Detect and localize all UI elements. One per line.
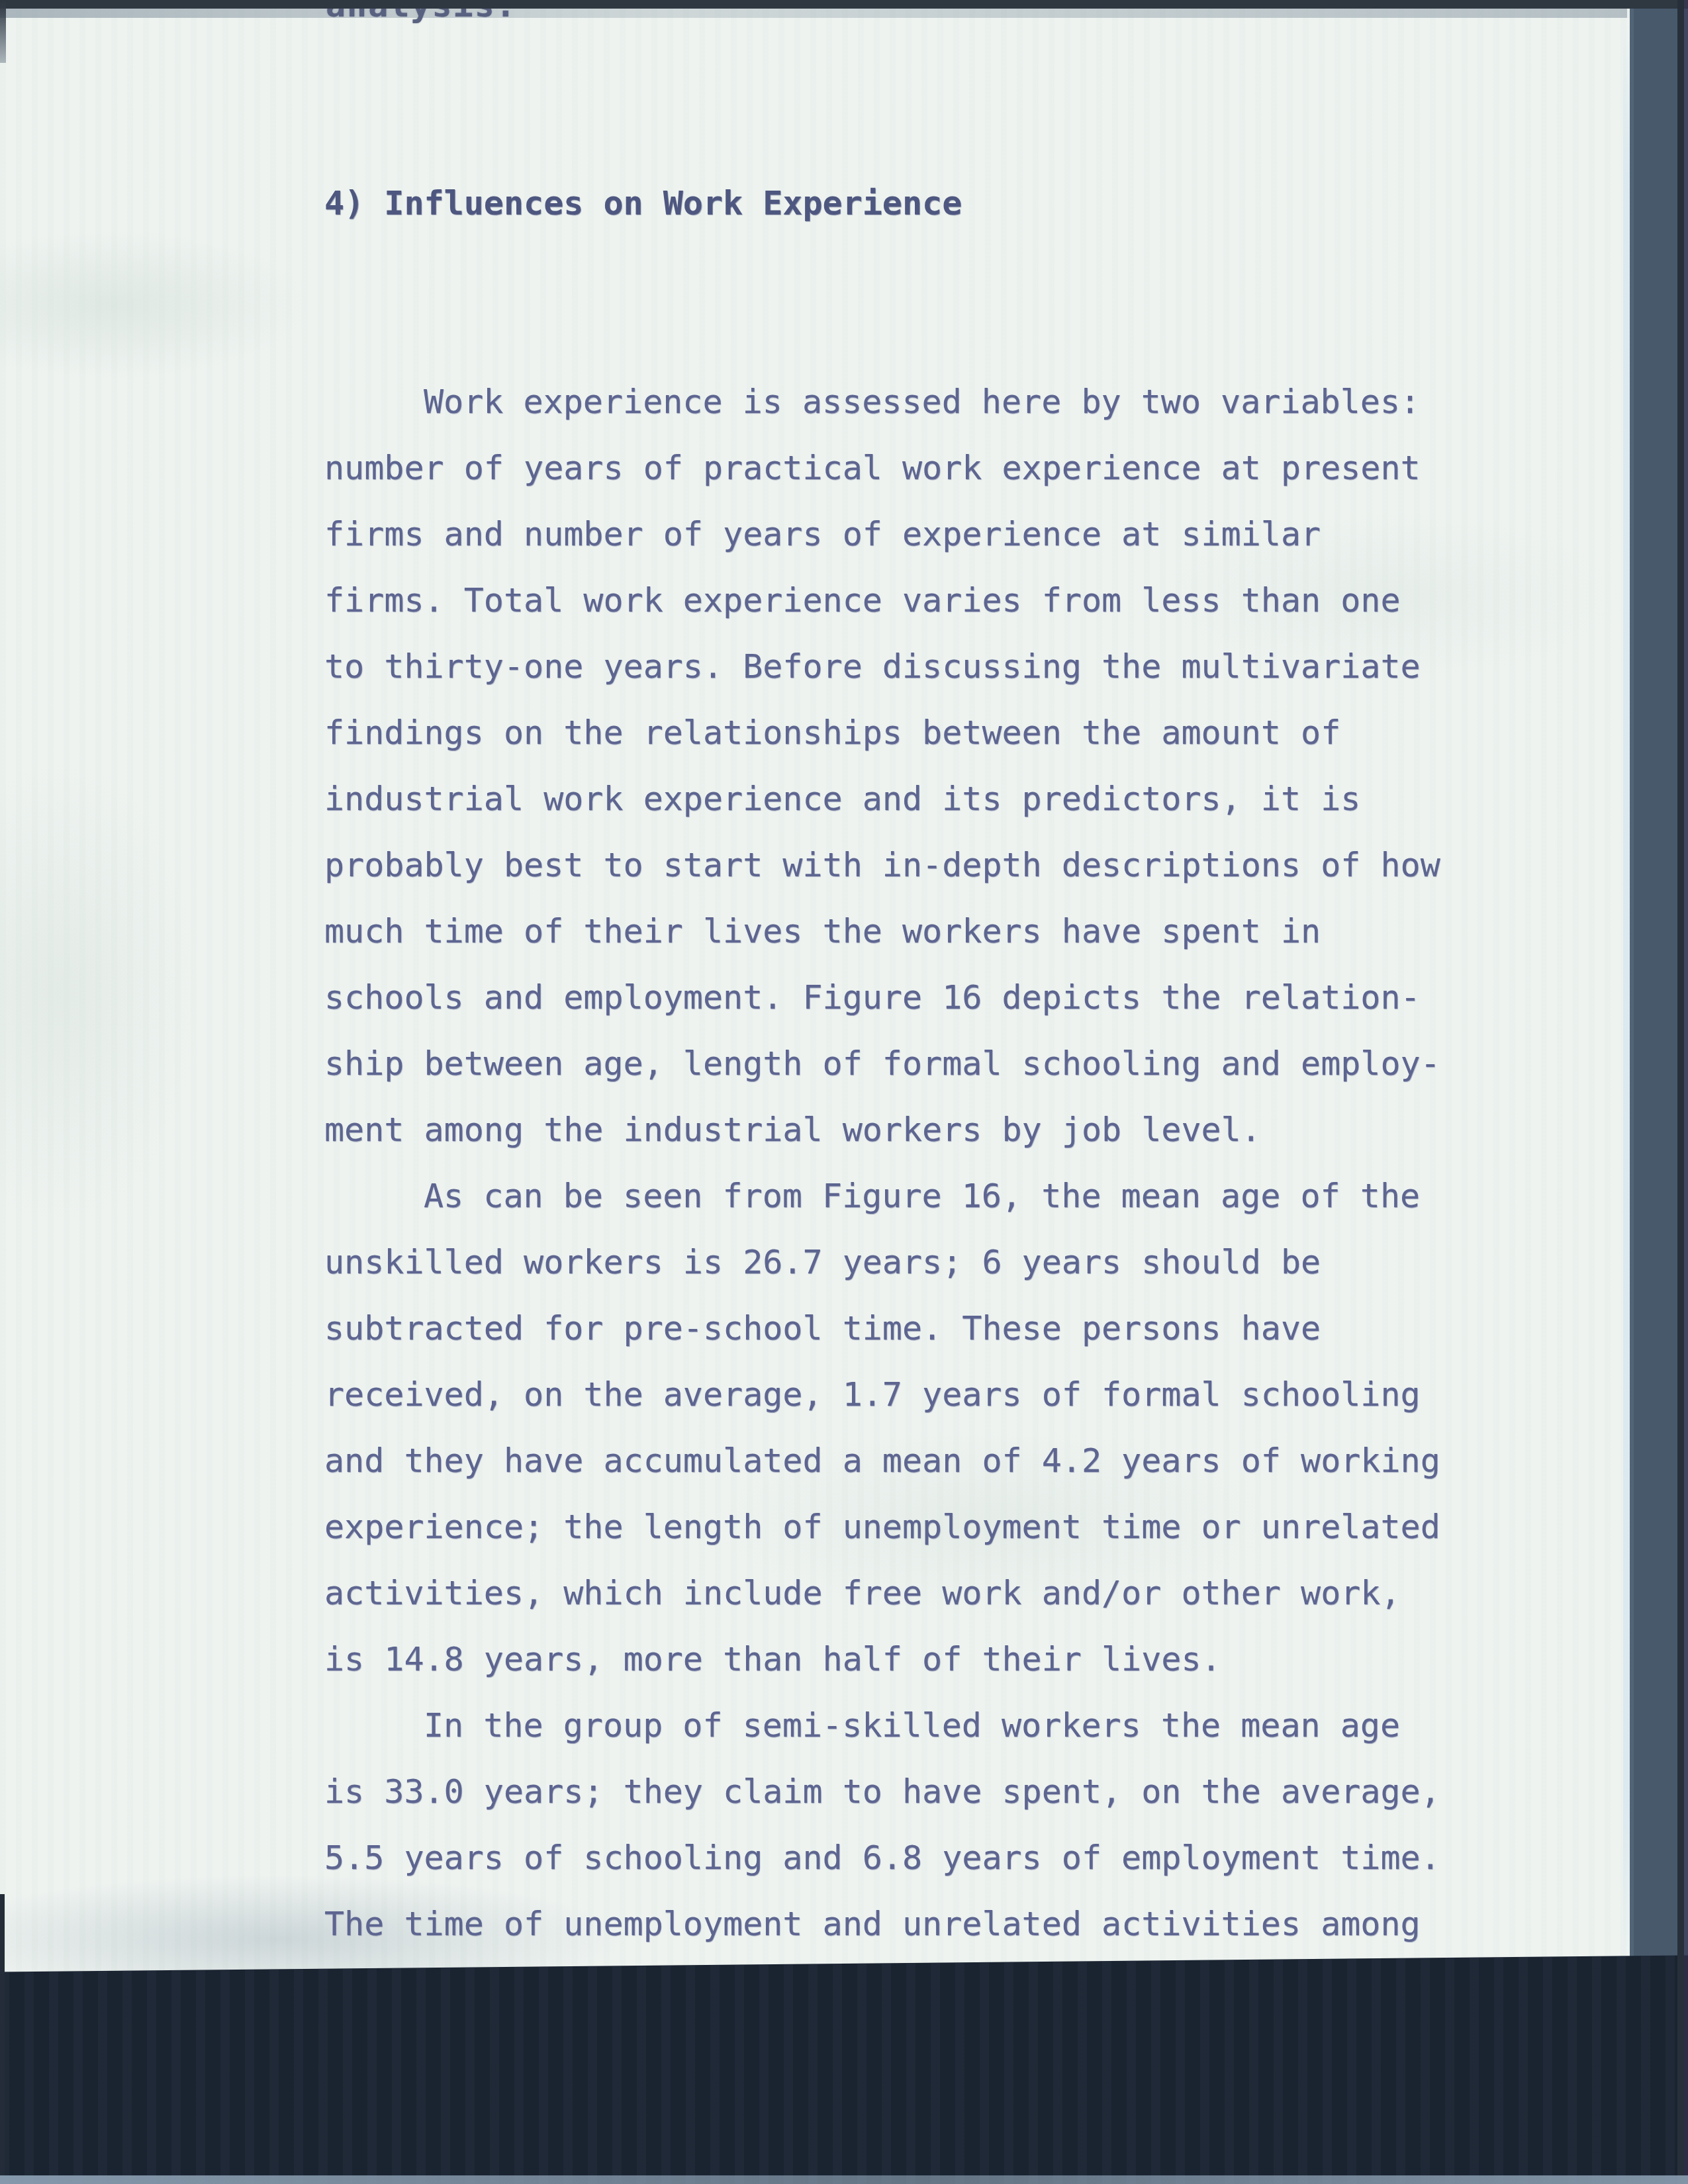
typewriter-line: number of years of practical work experi… — [324, 435, 1582, 501]
typewriter-line: probably best to start with in-depth des… — [324, 832, 1582, 898]
typewriter-line: subtracted for pre-school time. These pe… — [324, 1295, 1582, 1361]
typewriter-line: findings on the relationships between th… — [324, 700, 1582, 766]
top-scan-strip — [0, 9, 1688, 18]
typewriter-line: In the group of semi-skilled workers the… — [324, 1692, 1582, 1758]
typewriter-line: 5.5 years of schooling and 6.8 years of … — [324, 1825, 1582, 1891]
typewritten-text-block: 4) Influences on Work Experience Work ex… — [324, 38, 1582, 2023]
typewriter-line: and they have accumulated a mean of 4.2 … — [324, 1428, 1582, 1494]
typewriter-line: much time of their lives the workers hav… — [324, 898, 1582, 964]
scanned-document-page: { "scan": { "top_cropped_line": "analysi… — [0, 0, 1688, 2184]
left-top-edge-mark — [0, 0, 6, 63]
page-edge-highlight — [1623, 20, 1630, 1959]
right-scan-dark-line — [1677, 0, 1684, 2184]
body-lines: Work experience is assessed here by two … — [324, 369, 1582, 1957]
typewriter-line: to thirty-one years. Before discussing t… — [324, 633, 1582, 700]
typewriter-line: The time of unemployment and unrelated a… — [324, 1891, 1582, 1957]
typewriter-line: ship between age, length of formal schoo… — [324, 1030, 1582, 1097]
left-edge-shadow — [0, 1894, 5, 2184]
typewriter-line: unskilled workers is 26.7 years; 6 years… — [324, 1229, 1582, 1295]
bottom-edge-strip — [0, 2175, 1688, 2184]
typewriter-line: industrial work experience and its predi… — [324, 766, 1582, 832]
typewriter-line: experience; the length of unemployment t… — [324, 1494, 1582, 1560]
top-scan-band — [0, 0, 1688, 9]
typewriter-line: schools and employment. Figure 16 depict… — [324, 964, 1582, 1030]
typewriter-line: is 33.0 years; they claim to have spent,… — [324, 1758, 1582, 1825]
section-heading: 4) Influences on Work Experience — [324, 170, 1582, 236]
typewriter-line: ment among the industrial workers by job… — [324, 1097, 1582, 1163]
typewriter-line: firms. Total work experience varies from… — [324, 567, 1582, 633]
typewriter-line: received, on the average, 1.7 years of f… — [324, 1361, 1582, 1428]
typewriter-line: firms and number of years of experience … — [324, 501, 1582, 567]
bottom-scan-band — [0, 1946, 1688, 2184]
typewriter-line: activities, which include free work and/… — [324, 1560, 1582, 1626]
typewriter-line: Work experience is assessed here by two … — [324, 369, 1582, 435]
typewriter-line: As can be seen from Figure 16, the mean … — [324, 1163, 1582, 1229]
typewriter-line: is 14.8 years, more than half of their l… — [324, 1626, 1582, 1692]
